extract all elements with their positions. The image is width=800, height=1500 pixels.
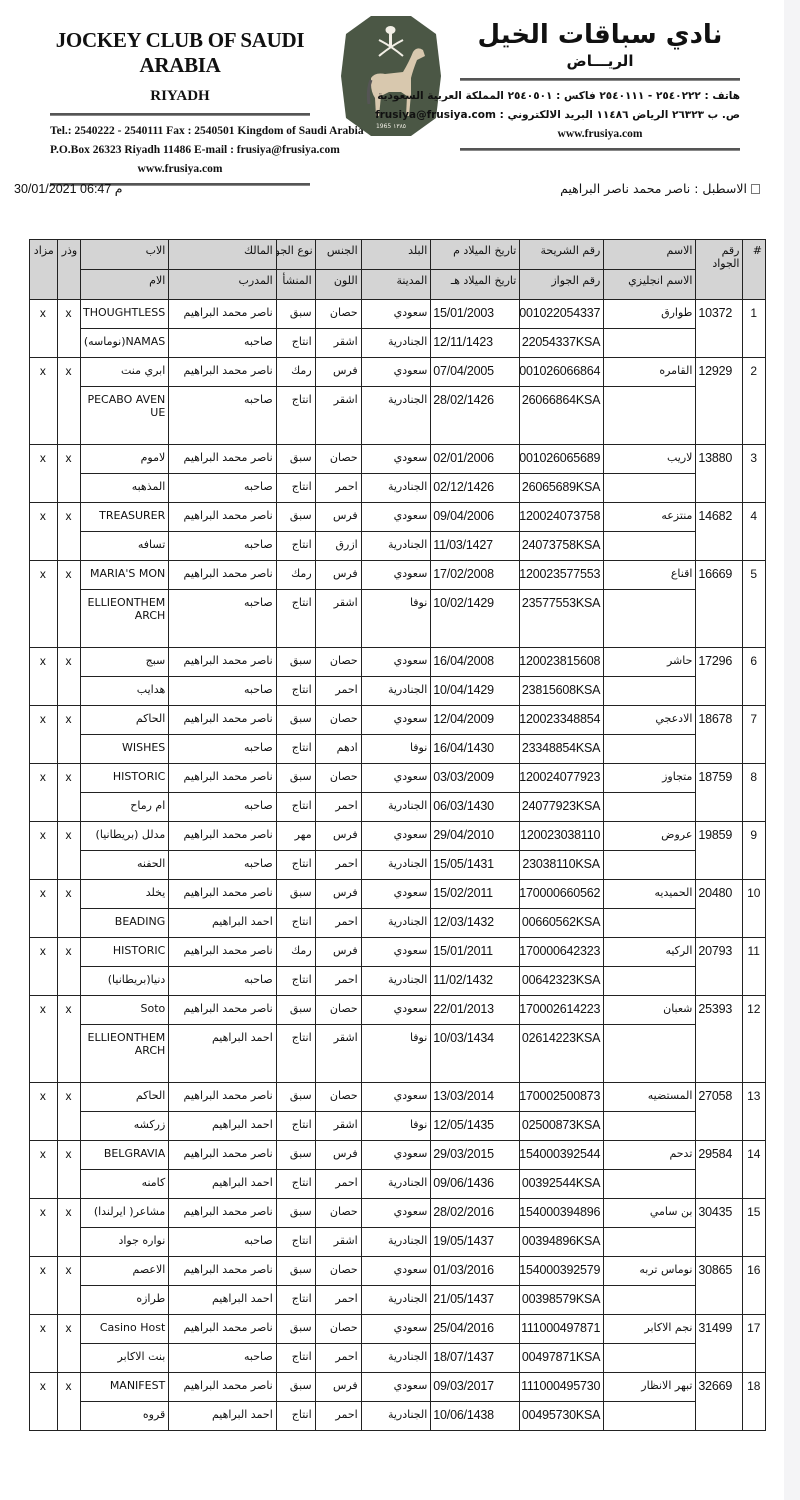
header-horse-no: رقمالجواد — [696, 240, 743, 300]
dam: ام رماح — [81, 793, 169, 822]
origin: انتاج — [276, 590, 315, 648]
sex: فرس — [315, 938, 361, 967]
horse-name: طوارق — [604, 300, 696, 329]
table-row-secondary: 26065689KSA02/12/1426الجنادريةاحمرانتاجص… — [30, 474, 766, 503]
birth-date: 13/03/2014 — [431, 1083, 520, 1112]
passport-number: 26065689KSA — [520, 474, 604, 503]
birth-date-hijri: 02/12/1426 — [431, 474, 520, 503]
color: ازرق — [315, 532, 361, 561]
passport-number: 24073758KSA — [520, 532, 604, 561]
chip-number: 120023038110 — [520, 822, 604, 851]
city: الجنادرية — [361, 1402, 431, 1431]
horse-name: متجاوز — [604, 764, 696, 793]
city: الجنادرية — [361, 474, 431, 503]
color: احمر — [315, 677, 361, 706]
birth-date-hijri: 06/03/1430 — [431, 793, 520, 822]
chip-number: 001022054337 — [520, 300, 604, 329]
origin: انتاج — [276, 1402, 315, 1431]
city: نوفا — [361, 1112, 431, 1141]
dam: هدايب — [81, 677, 169, 706]
passport-number: 00394896KSA — [520, 1228, 604, 1257]
owner: ناصر محمد البراهيم — [169, 445, 276, 474]
city: الجنادرية — [361, 1170, 431, 1199]
table-header: # رقمالجواد الاسم رقم الشريحة تاريخ المي… — [30, 240, 766, 300]
country: سعودي — [361, 358, 431, 387]
birth-date: 22/01/2013 — [431, 996, 520, 1025]
chip-number: 001026065689 — [520, 445, 604, 474]
horse-type: سبق — [276, 706, 315, 735]
horse-name-english — [604, 793, 696, 822]
birth-date: 15/02/2011 — [431, 880, 520, 909]
row-index: 12 — [743, 996, 766, 1083]
origin: انتاج — [276, 532, 315, 561]
row-index: 1 — [743, 300, 766, 358]
city: الجنادرية — [361, 1344, 431, 1373]
auction-flag: x — [30, 300, 58, 358]
city: الجنادرية — [361, 387, 431, 445]
row-index: 14 — [743, 1141, 766, 1199]
origin: انتاج — [276, 474, 315, 503]
chip-number: 170000660562 — [520, 880, 604, 909]
trainer: صاحبه — [169, 590, 276, 648]
table-row-secondary: 23577553KSA10/02/1429نوفااشقرانتاجصاحبهE… — [30, 590, 766, 648]
city-english: RIYADH — [40, 88, 320, 105]
row-index: 5 — [743, 561, 766, 648]
horse-type: رمك — [276, 561, 315, 590]
birth-date-hijri: 11/02/1432 — [431, 967, 520, 996]
horse-name-english — [604, 474, 696, 503]
header-passport: رقم الجواز — [520, 270, 604, 300]
owner: ناصر محمد البراهيم — [169, 648, 276, 677]
sire: الحاكم — [81, 1083, 169, 1112]
sex: فرس — [315, 358, 361, 387]
table-row-secondary: 00497871KSA18/07/1437الجنادريةاحمرانتاجص… — [30, 1344, 766, 1373]
row-index: 4 — [743, 503, 766, 561]
horse-number: 25393 — [696, 996, 743, 1083]
country: سعودي — [361, 880, 431, 909]
wathr-flag: x — [57, 880, 81, 938]
color: احمر — [315, 909, 361, 938]
table-row-secondary: 23038110KSA15/05/1431الجنادريةاحمرانتاجص… — [30, 851, 766, 880]
horse-name: شعبان — [604, 996, 696, 1025]
table-row: 414682منتزعه12002407375809/04/2006سعوديف… — [30, 503, 766, 532]
table-row-secondary: 26066864KSA28/02/1426الجنادريةاشقرانتاجص… — [30, 387, 766, 445]
header-type: نوع الجواد — [276, 240, 315, 270]
owner: ناصر محمد البراهيم — [169, 1315, 276, 1344]
auction-flag: x — [30, 1315, 58, 1373]
country: سعودي — [361, 1141, 431, 1170]
sex: حصان — [315, 1315, 361, 1344]
chip-number: 154000392544 — [520, 1141, 604, 1170]
table-row-secondary: 02614223KSA10/03/1434نوفااشقرانتاجاحمد ا… — [30, 1025, 766, 1083]
header-auction: مزاد — [30, 240, 58, 300]
row-index: 17 — [743, 1315, 766, 1373]
chip-number: 170002614223 — [520, 996, 604, 1025]
dam: قروه — [81, 1402, 169, 1431]
horse-name: نوماس تربه — [604, 1257, 696, 1286]
auction-flag: x — [30, 822, 58, 880]
country: سعودي — [361, 1315, 431, 1344]
country: سعودي — [361, 1083, 431, 1112]
header-color: اللون — [315, 270, 361, 300]
sex: حصان — [315, 445, 361, 474]
horse-type: سبق — [276, 1257, 315, 1286]
sire: MANIFEST — [81, 1373, 169, 1402]
passport-number: 26066864KSA — [520, 387, 604, 445]
table-body: 110372طوارق00102205433715/01/2003سعوديحص… — [30, 300, 766, 1431]
table-row-secondary: 00495730KSA10/06/1438الجنادريةاحمرانتاجا… — [30, 1402, 766, 1431]
horse-name: القامره — [604, 358, 696, 387]
chip-number: 120024073758 — [520, 503, 604, 532]
birth-date-hijri: 10/06/1438 — [431, 1402, 520, 1431]
contact-address-english: P.O.Box 26323 Riyadh 11486 E-mail : frus… — [40, 141, 320, 160]
owner: ناصر محمد البراهيم — [169, 764, 276, 793]
birth-date: 29/03/2015 — [431, 1141, 520, 1170]
auction-flag: x — [30, 358, 58, 445]
row-index: 6 — [743, 648, 766, 706]
header-name: الاسم — [604, 240, 696, 270]
table-row: 1327058المستضيه17000250087313/03/2014سعو… — [30, 1083, 766, 1112]
owner: ناصر محمد البراهيم — [169, 1199, 276, 1228]
horse-number: 18759 — [696, 764, 743, 822]
birth-date: 29/04/2010 — [431, 822, 520, 851]
table-row: 1630865نوماس تربه15400039257901/03/2016س… — [30, 1257, 766, 1286]
dam: كامنه — [81, 1170, 169, 1199]
horse-name-english — [604, 1025, 696, 1083]
horse-number: 27058 — [696, 1083, 743, 1141]
wathr-flag: x — [57, 358, 81, 445]
website-english: www.frusiya.com — [40, 160, 320, 179]
row-index: 9 — [743, 822, 766, 880]
table-row-secondary: 00394896KSA19/05/1437الجنادريةاشقرانتاجص… — [30, 1228, 766, 1257]
sex: حصان — [315, 648, 361, 677]
horse-name-english — [604, 1112, 696, 1141]
trainer: احمد البراهيم — [169, 1170, 276, 1199]
horse-name: تبهر الانظار — [604, 1373, 696, 1402]
header-sex: الجنس — [315, 240, 361, 270]
horse-type: رمك — [276, 938, 315, 967]
header-wathr: وذر — [57, 240, 81, 300]
header-index: # — [743, 240, 766, 300]
table-row: 1225393شعبان17000261422322/01/2013سعوديح… — [30, 996, 766, 1025]
horse-number: 29584 — [696, 1141, 743, 1199]
horse-name: الادعجي — [604, 706, 696, 735]
auction-flag: x — [30, 880, 58, 938]
horse-name: لاريب — [604, 445, 696, 474]
horse-type: سبق — [276, 1315, 315, 1344]
chip-number: 111000495730 — [520, 1373, 604, 1402]
passport-number: 23577553KSA — [520, 590, 604, 648]
table-row-secondary: 00660562KSA12/03/1432الجنادريةاحمرانتاجا… — [30, 909, 766, 938]
document-page: JOCKEY CLUB OF SAUDI ARABIA RIYADH Tel.:… — [0, 0, 784, 1500]
horse-number: 10372 — [696, 300, 743, 358]
table-row-secondary: 23815608KSA10/04/1429الجنادريةاحمرانتاجص… — [30, 677, 766, 706]
origin: انتاج — [276, 909, 315, 938]
birth-date: 03/03/2009 — [431, 764, 520, 793]
header-city: المدينة — [361, 270, 431, 300]
birth-date-hijri: 12/11/1423 — [431, 329, 520, 358]
sire: سبج — [81, 648, 169, 677]
birth-date: 09/03/2017 — [431, 1373, 520, 1402]
color: اشقر — [315, 1112, 361, 1141]
horse-name-english — [604, 851, 696, 880]
dam: زركشه — [81, 1112, 169, 1141]
wathr-flag: x — [57, 300, 81, 358]
header-chip: رقم الشريحة — [520, 240, 604, 270]
horse-type: سبق — [276, 503, 315, 532]
horse-name-english — [604, 1286, 696, 1315]
origin: انتاج — [276, 1112, 315, 1141]
table-row: 313880لاريب00102606568902/01/2006سعوديحص… — [30, 445, 766, 474]
origin: انتاج — [276, 387, 315, 445]
passport-number: 00497871KSA — [520, 1344, 604, 1373]
stable-label: الاسطبل : ناصر محمد ناصر البراهيم — [560, 181, 747, 196]
table-row: 1530435بن سامي15400039489628/02/2016سعود… — [30, 1199, 766, 1228]
table-row-secondary: 02500873KSA12/05/1435نوفااشقرانتاجاحمد ا… — [30, 1112, 766, 1141]
sex: فرس — [315, 503, 361, 532]
row-index: 3 — [743, 445, 766, 503]
wathr-flag: x — [57, 706, 81, 764]
wathr-flag: x — [57, 445, 81, 503]
sire: Casino Host — [81, 1315, 169, 1344]
birth-date-hijri: 12/05/1435 — [431, 1112, 520, 1141]
report-datetime: م 06:47 30/01/2021 — [14, 181, 123, 196]
auction-flag: x — [30, 503, 58, 561]
birth-date-hijri: 19/05/1437 — [431, 1228, 520, 1257]
horse-name-english — [604, 1344, 696, 1373]
country: سعودي — [361, 822, 431, 851]
divider — [460, 148, 740, 151]
horse-type: سبق — [276, 1083, 315, 1112]
sire: الحاكم — [81, 706, 169, 735]
horse-name: اقناع — [604, 561, 696, 590]
city: الجنادرية — [361, 329, 431, 358]
owner: ناصر محمد البراهيم — [169, 822, 276, 851]
color: احمر — [315, 1286, 361, 1315]
sex: حصان — [315, 1199, 361, 1228]
horse-type: سبق — [276, 764, 315, 793]
horse-type: سبق — [276, 1373, 315, 1402]
auction-flag: x — [30, 1373, 58, 1431]
passport-number: 23348854KSA — [520, 735, 604, 764]
row-index: 8 — [743, 764, 766, 822]
birth-date: 01/03/2016 — [431, 1257, 520, 1286]
birth-date-hijri: 10/04/1429 — [431, 677, 520, 706]
table-row: 919859عروض12002303811029/04/2010سعوديفرس… — [30, 822, 766, 851]
birth-date-hijri: 11/03/1427 — [431, 532, 520, 561]
contact-phone-arabic: هاتف : ٢٥٤٠٢٢٢ - ٢٥٤٠١١١ فاكس : ٢٥٤٠٥٠١ … — [460, 87, 740, 106]
country: سعودي — [361, 503, 431, 532]
stable-owner: الاسطبل : ناصر محمد ناصر البراهيم — [560, 181, 760, 196]
country: سعودي — [361, 561, 431, 590]
wathr-flag: x — [57, 764, 81, 822]
website-arabic: www.frusiya.com — [460, 125, 740, 144]
sex: فرس — [315, 822, 361, 851]
horse-name-english — [604, 967, 696, 996]
birth-date-hijri: 10/02/1429 — [431, 590, 520, 648]
horse-name-english — [604, 532, 696, 561]
sex: فرس — [315, 1373, 361, 1402]
color: ادهم — [315, 735, 361, 764]
owner: ناصر محمد البراهيم — [169, 503, 276, 532]
horse-name-english — [604, 590, 696, 648]
city: الجنادرية — [361, 1228, 431, 1257]
horse-name-english — [604, 1170, 696, 1199]
chip-number: 120023577553 — [520, 561, 604, 590]
horse-name: المستضيه — [604, 1083, 696, 1112]
auction-flag: x — [30, 1257, 58, 1315]
wathr-flag: x — [57, 503, 81, 561]
city: الجنادرية — [361, 1286, 431, 1315]
checkbox-glyph-icon — [751, 184, 760, 194]
auction-flag: x — [30, 706, 58, 764]
color: احمر — [315, 1170, 361, 1199]
horse-name: حاشر — [604, 648, 696, 677]
horse-name-english — [604, 1228, 696, 1257]
sire: مدلل (بريطانيا) — [81, 822, 169, 851]
birth-date-hijri: 09/06/1436 — [431, 1170, 520, 1199]
row-index: 10 — [743, 880, 766, 938]
passport-number: 00495730KSA — [520, 1402, 604, 1431]
chip-number: 120023815608 — [520, 648, 604, 677]
table-row-secondary: 24073758KSA11/03/1427الجنادريةازرقانتاجص… — [30, 532, 766, 561]
sex: حصان — [315, 996, 361, 1025]
dam: نواره جواد — [81, 1228, 169, 1257]
table-row: 110372طوارق00102205433715/01/2003سعوديحص… — [30, 300, 766, 329]
birth-date: 28/02/2016 — [431, 1199, 520, 1228]
color: اشقر — [315, 590, 361, 648]
horse-number: 19859 — [696, 822, 743, 880]
passport-number: 23038110KSA — [520, 851, 604, 880]
birth-date: 17/02/2008 — [431, 561, 520, 590]
country: سعودي — [361, 1373, 431, 1402]
horse-name-english — [604, 387, 696, 445]
sex: حصان — [315, 706, 361, 735]
owner: ناصر محمد البراهيم — [169, 1141, 276, 1170]
passport-number: 00392544KSA — [520, 1170, 604, 1199]
trainer: صاحبه — [169, 851, 276, 880]
birth-date-hijri: 15/05/1431 — [431, 851, 520, 880]
sire: THOUGHTLESS — [81, 300, 169, 329]
horse-type: رمك — [276, 358, 315, 387]
sire: ابري منت — [81, 358, 169, 387]
city: الجنادرية — [361, 851, 431, 880]
color: اشقر — [315, 1025, 361, 1083]
chip-number: 120024077923 — [520, 764, 604, 793]
horse-number: 13880 — [696, 445, 743, 503]
wathr-flag: x — [57, 996, 81, 1083]
passport-number: 24077923KSA — [520, 793, 604, 822]
owner: ناصر محمد البراهيم — [169, 561, 276, 590]
row-index: 2 — [743, 358, 766, 445]
trainer: صاحبه — [169, 329, 276, 358]
auction-flag: x — [30, 938, 58, 996]
table-row-secondary: 23348854KSA16/04/1430نوفاادهمانتاجصاحبهW… — [30, 735, 766, 764]
chip-number: 154000392579 — [520, 1257, 604, 1286]
chip-number: 120023348854 — [520, 706, 604, 735]
table-row: 1429584تدحم15400039254429/03/2015سعوديفر… — [30, 1141, 766, 1170]
birth-date: 02/01/2006 — [431, 445, 520, 474]
horse-name-english — [604, 677, 696, 706]
table-row-secondary: 00398579KSA21/05/1437الجنادريةاحمرانتاجا… — [30, 1286, 766, 1315]
city: الجنادرية — [361, 532, 431, 561]
dam: ELLIEONTHEMARCH — [81, 1025, 169, 1083]
country: سعودي — [361, 1199, 431, 1228]
country: سعودي — [361, 648, 431, 677]
wathr-flag: x — [57, 1083, 81, 1141]
sex: فرس — [315, 561, 361, 590]
sire: لاموم — [81, 445, 169, 474]
sex: حصان — [315, 1083, 361, 1112]
birth-date-hijri: 10/03/1434 — [431, 1025, 520, 1083]
chip-number: 170000642323 — [520, 938, 604, 967]
horse-name-english — [604, 329, 696, 358]
birth-date-hijri: 21/05/1437 — [431, 1286, 520, 1315]
wathr-flag: x — [57, 648, 81, 706]
header-country: البلد — [361, 240, 431, 270]
auction-flag: x — [30, 648, 58, 706]
passport-number: 23815608KSA — [520, 677, 604, 706]
auction-flag: x — [30, 445, 58, 503]
origin: انتاج — [276, 329, 315, 358]
birth-date: 16/04/2008 — [431, 648, 520, 677]
scrollbar[interactable] — [784, 0, 800, 1500]
wathr-flag: x — [57, 1257, 81, 1315]
chip-number: 154000394896 — [520, 1199, 604, 1228]
letterhead-english: JOCKEY CLUB OF SAUDI ARABIA RIYADH Tel.:… — [40, 28, 320, 186]
dam: PECABO AVENUE — [81, 387, 169, 445]
horse-type: سبق — [276, 996, 315, 1025]
country: سعودي — [361, 706, 431, 735]
sire: Soto — [81, 996, 169, 1025]
horse-name: الحميديه — [604, 880, 696, 909]
sire: TREASURER — [81, 503, 169, 532]
owner: ناصر محمد البراهيم — [169, 1257, 276, 1286]
passport-number: 00642323KSA — [520, 967, 604, 996]
color: احمر — [315, 793, 361, 822]
trainer: احمد البراهيم — [169, 1112, 276, 1141]
row-index: 16 — [743, 1257, 766, 1315]
passport-number: 22054337KSA — [520, 329, 604, 358]
sire: الاعصم — [81, 1257, 169, 1286]
birth-date: 25/04/2016 — [431, 1315, 520, 1344]
chip-number: 001026066864 — [520, 358, 604, 387]
trainer: صاحبه — [169, 735, 276, 764]
table-row: 1832669تبهر الانظار11100049573009/03/201… — [30, 1373, 766, 1402]
wathr-flag: x — [57, 1373, 81, 1431]
country: سعودي — [361, 1257, 431, 1286]
table-row: 212929القامره00102606686407/04/2005سعودي… — [30, 358, 766, 387]
birth-date: 15/01/2011 — [431, 938, 520, 967]
table-row: 818759متجاوز12002407792303/03/2009سعوديح… — [30, 764, 766, 793]
horse-number: 12929 — [696, 358, 743, 445]
table-row: 617296حاشر12002381560816/04/2008سعوديحصا… — [30, 648, 766, 677]
city: الجنادرية — [361, 793, 431, 822]
letterhead-arabic: نادي سباقات الخيل الريـــاض هاتف : ٢٥٤٠٢… — [460, 20, 740, 151]
table-row-secondary: 00642323KSA11/02/1432الجنادريةاحمرانتاجص… — [30, 967, 766, 996]
trainer: احمد البراهيم — [169, 1402, 276, 1431]
origin: انتاج — [276, 967, 315, 996]
header-dam: الام — [81, 270, 169, 300]
trainer: صاحبه — [169, 1228, 276, 1257]
sex: حصان — [315, 764, 361, 793]
horse-name-english — [604, 909, 696, 938]
horse-name: تدحم — [604, 1141, 696, 1170]
horse-name: منتزعه — [604, 503, 696, 532]
divider — [50, 113, 310, 116]
header-dob: تاريخ الميلاد م — [431, 240, 520, 270]
origin: انتاج — [276, 793, 315, 822]
